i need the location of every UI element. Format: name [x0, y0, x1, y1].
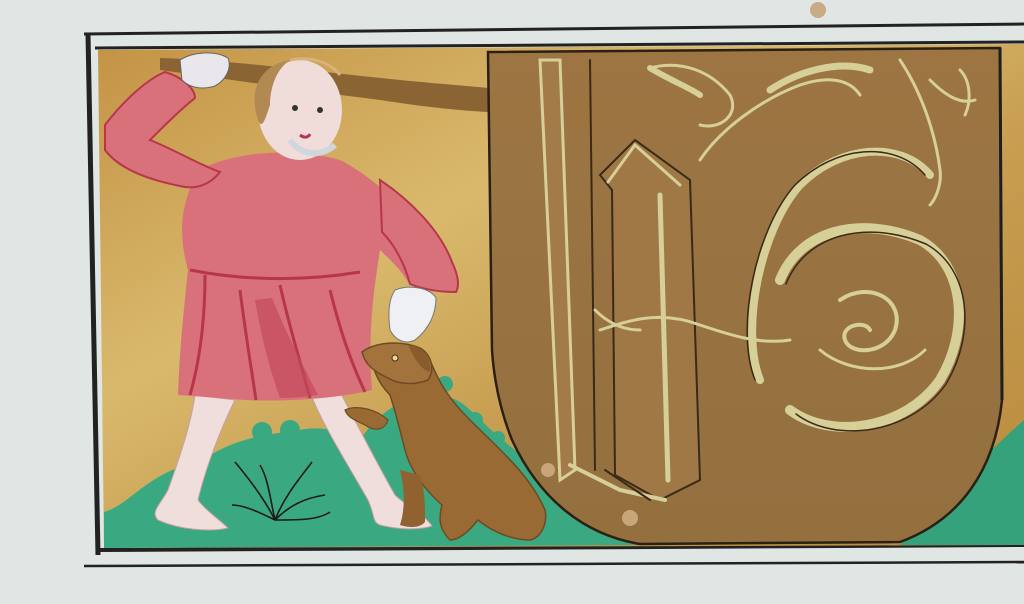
paint-loss-2: [541, 463, 555, 477]
dog-eye: [392, 355, 398, 361]
left-eye: [292, 105, 298, 111]
right-eye: [317, 107, 323, 113]
manuscript-illumination: Illuminated manuscript initial with a ma…: [0, 0, 1024, 604]
ink-stain: [810, 2, 826, 18]
paint-loss: [622, 510, 638, 526]
illumination-artwork: [0, 0, 1024, 604]
shield-right-edge: [1000, 48, 1002, 400]
